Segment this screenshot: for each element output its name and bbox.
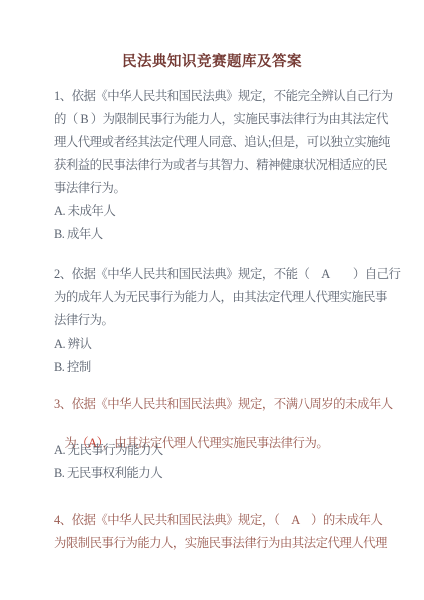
question-1-line-3: 理人代理或者经其法定代理人同意、追认;但是，可以独立实施纯 [54, 134, 390, 150]
question-2-line-3: 法律行为。 [54, 312, 113, 328]
question-2-option-b: B. 控制 [54, 359, 91, 375]
question-4-line-2: 为限制民事行为能力人，实施民事法律行为由其法定代理人代理 [54, 535, 387, 551]
question-3-option-b: B. 无民事权利能力人 [54, 465, 162, 481]
document-title: 民法典知识竞赛题库及答案 [0, 50, 424, 71]
question-1-line-2: 的（ B ）为限制民事行为能力人，实施民事法律行为由其法定代 [54, 111, 388, 127]
question-1-option-a: A. 未成年人 [54, 203, 115, 219]
question-4-line-1: 4、依据《中华人民共和国民法典》规定，（ A ）的未成年人 [54, 512, 382, 528]
document-page: 民法典知识竞赛题库及答案 1、依据《中华人民共和国民法典》规定，不能完全辨认自己… [0, 0, 424, 600]
question-3-option-a: A. 无民事行为能力人 [54, 442, 163, 458]
question-2-line-2: 为的成年人为无民事行为能力人，由其法定代理人代理实施民事 [54, 289, 387, 305]
question-3-line-1: 3、依据《中华人民共和国民法典》规定，不满八周岁的未成年人 [54, 396, 393, 412]
question-1-line-5: 事法律行为。 [54, 180, 125, 196]
question-2-option-a: A. 辨认 [54, 336, 91, 352]
question-2-line-1: 2、依据《中华人民共和国民法典》规定，不能（ A ）自己行 [54, 266, 400, 282]
question-1-option-b: B. 成年人 [54, 226, 103, 242]
question-1-line-4: 获利益的民事法律行为或者与其智力、精神健康状况相适应的民 [54, 157, 387, 173]
question-1-line-1: 1、依据《中华人民共和国民法典》规定，不能完全辨认自己行为 [54, 88, 393, 104]
